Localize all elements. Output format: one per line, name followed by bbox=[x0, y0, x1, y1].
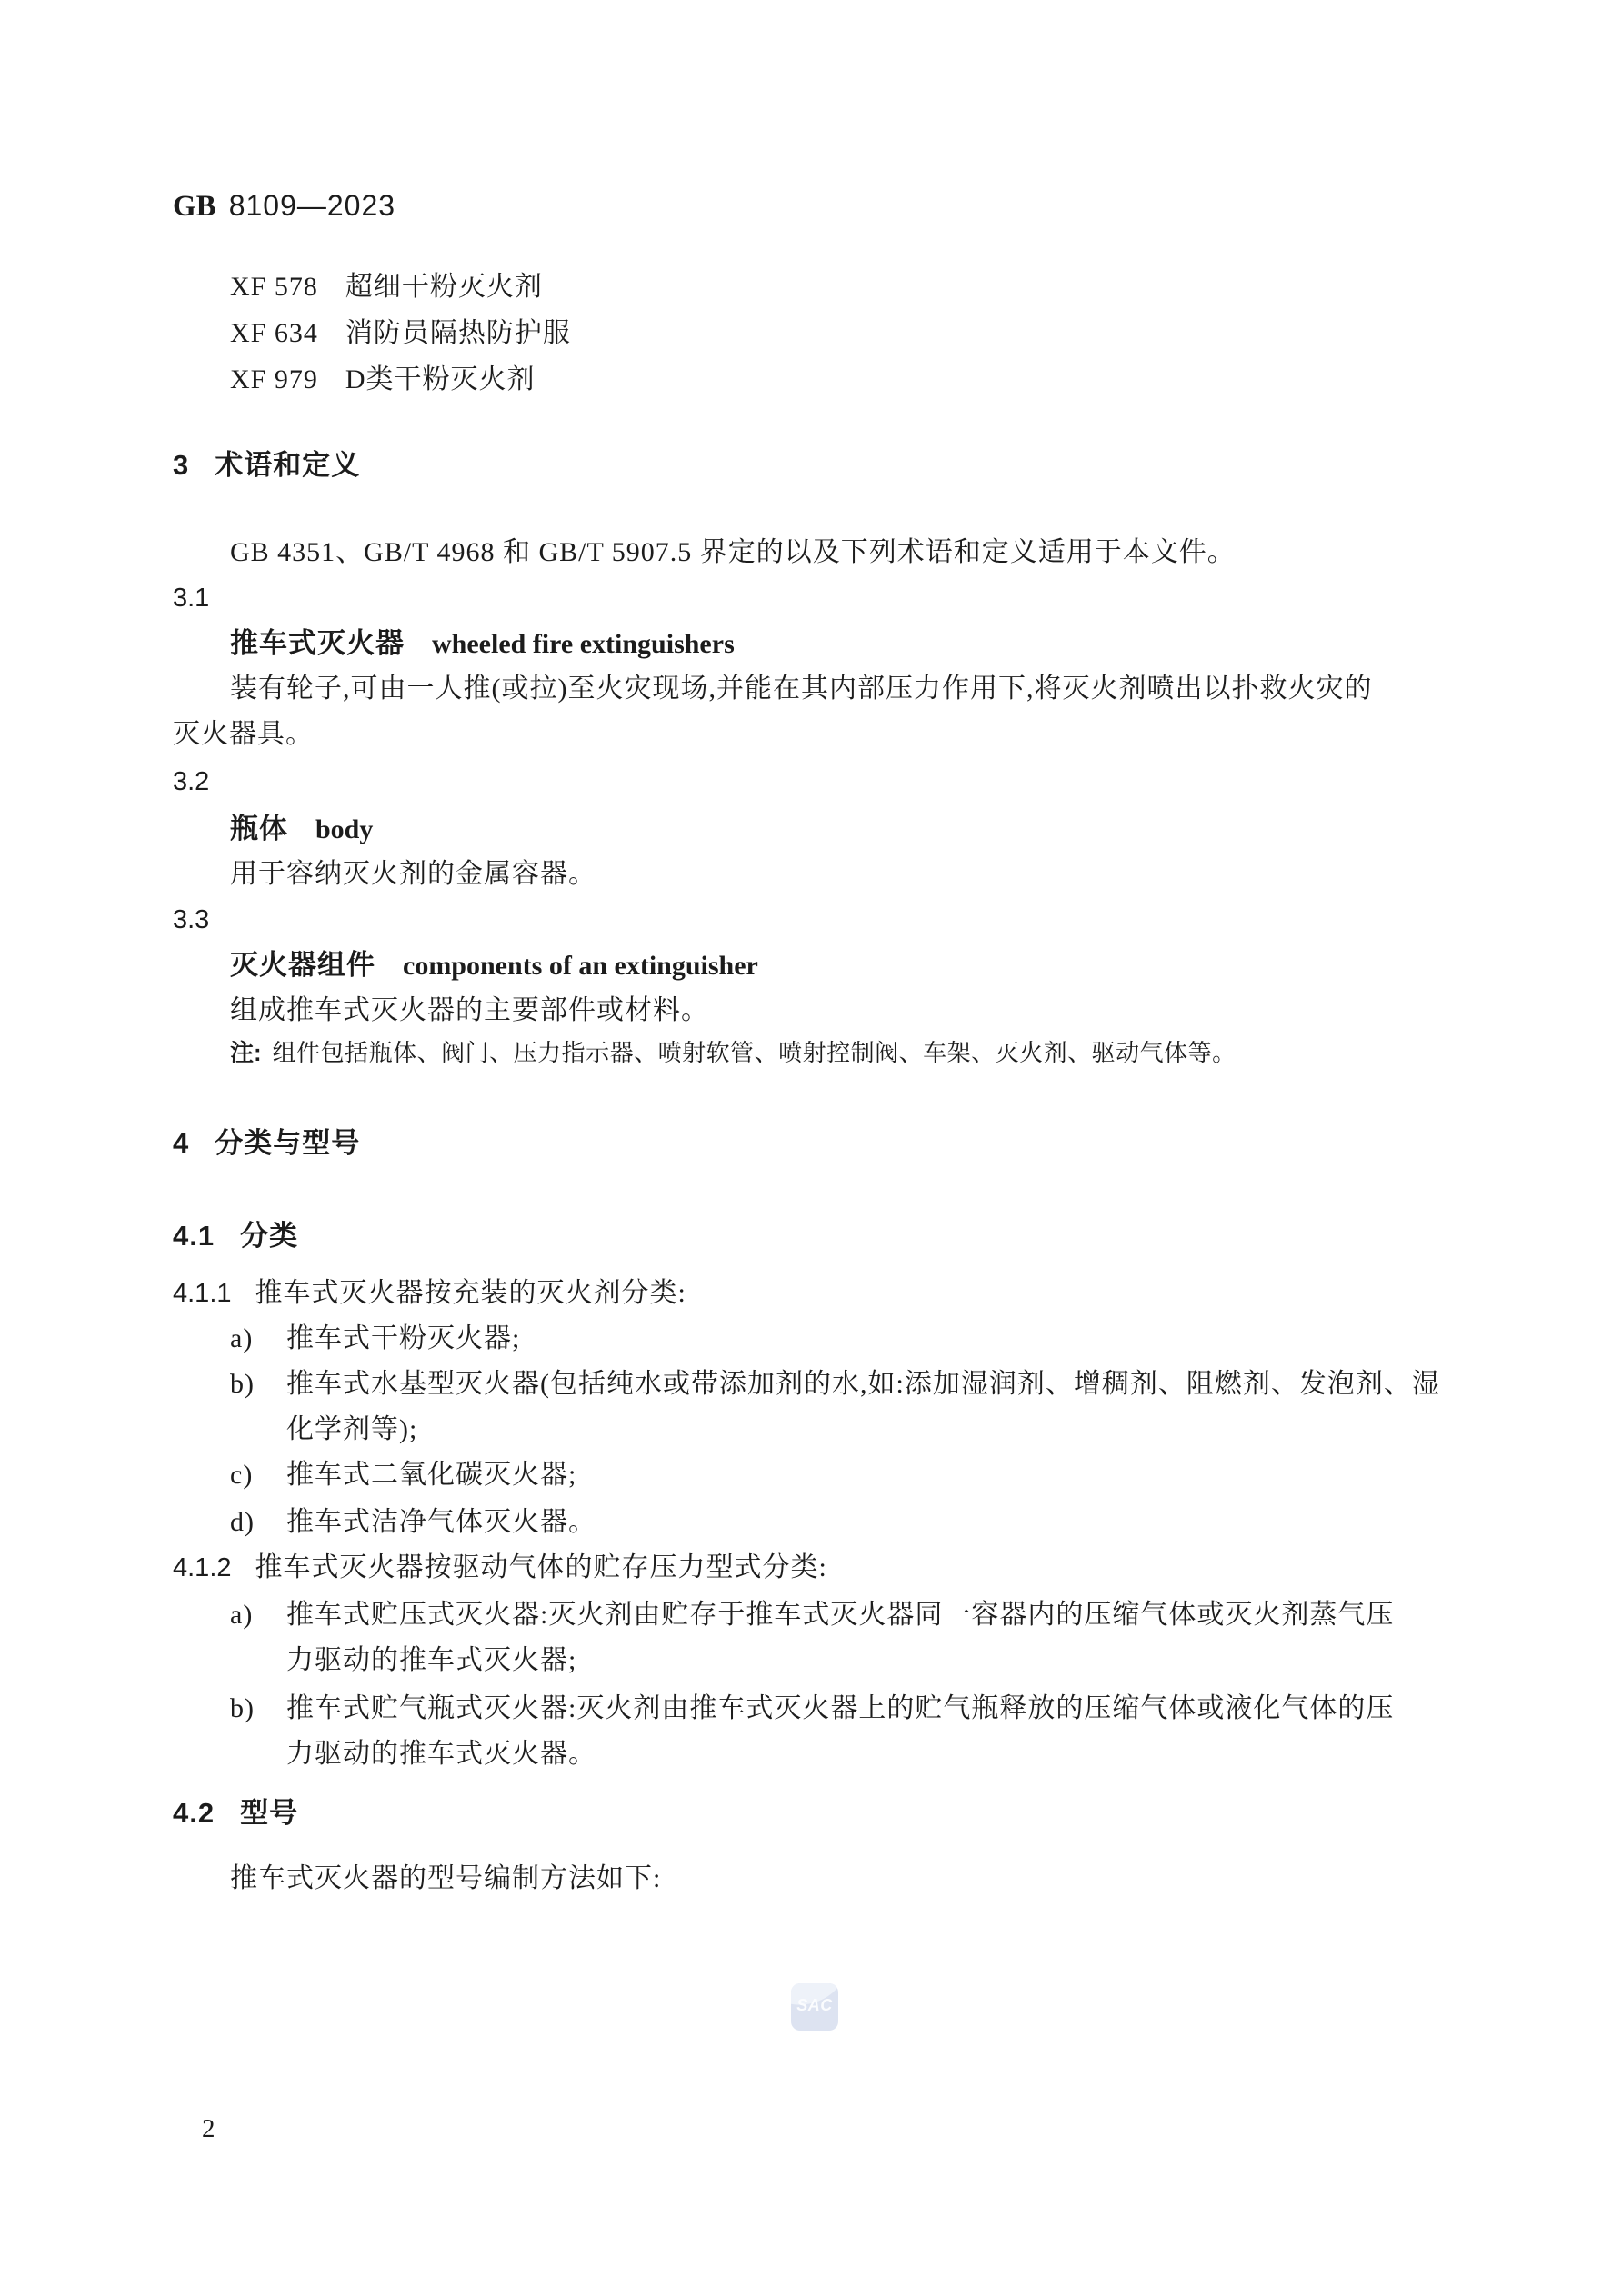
reference-code: XF 979 bbox=[230, 356, 318, 403]
reference-code: XF 634 bbox=[230, 310, 318, 356]
term-3-3-definition: 组成推车式灭火器的主要部件或材料。 bbox=[230, 988, 709, 1033]
list-item-label: c) bbox=[230, 1452, 286, 1498]
sac-watermark-text: SAC bbox=[791, 1996, 838, 2015]
list-item-b: b) 推车式水基型灭火器(包括纯水或带添加剂的水,如:添加湿润剂、增稠剂、阻燃剂… bbox=[230, 1362, 1440, 1452]
section-4-2-paragraph: 推车式灭火器的型号编制方法如下: bbox=[230, 1856, 661, 1902]
list-item-a: a) 推车式贮压式灭火器:灭火剂由贮存于推车式灭火器同一容器内的压缩气体或灭火剂… bbox=[230, 1592, 1394, 1683]
term-3-2-definition: 用于容纳灭火剂的金属容器。 bbox=[230, 852, 596, 897]
term-3-3-zh: 灭火器组件 bbox=[230, 943, 375, 988]
clause-4-1-1: 4.1.1 推车式灭火器按充装的灭火剂分类: bbox=[173, 1271, 686, 1316]
clause-4-1-2-text: 推车式灭火器按驱动气体的贮存压力型式分类: bbox=[255, 1545, 827, 1591]
section-3-heading: 3 术语和定义 bbox=[173, 443, 360, 488]
list-item-text: 推车式洁净气体灭火器。 bbox=[286, 1507, 596, 1537]
list-item-a: a) 推车式干粉灭火器; bbox=[230, 1316, 520, 1362]
section-4-2-number: 4.2 bbox=[173, 1791, 215, 1836]
clause-4-1-2: 4.1.2 推车式灭火器按驱动气体的贮存压力型式分类: bbox=[173, 1545, 827, 1591]
clause-4-1-1-number: 4.1.1 bbox=[173, 1271, 232, 1316]
list-item-d: d) 推车式洁净气体灭火器。 bbox=[230, 1500, 596, 1545]
term-3-2-zh: 瓶体 bbox=[230, 806, 288, 852]
reference-row: XF 634 消防员隔热防护服 bbox=[230, 310, 571, 356]
list-item-text: 推车式贮气瓶式灭火器:灭火剂由推车式灭火器上的贮气瓶释放的压缩气体或液化气体的压 bbox=[286, 1686, 1394, 1732]
term-3-1-en: wheeled fire extinguishers bbox=[432, 622, 735, 667]
note-label: 注: bbox=[230, 1036, 262, 1069]
list-item-text: 推车式水基型灭火器(包括纯水或带添加剂的水,如:添加湿润剂、增稠剂、阻燃剂、发泡… bbox=[286, 1362, 1440, 1407]
list-item-text: 化学剂等); bbox=[286, 1407, 1440, 1452]
reference-code: XF 578 bbox=[230, 264, 318, 310]
reference-title: 超细干粉灭火剂 bbox=[345, 264, 543, 310]
header-standard-number: 8109—2023 bbox=[229, 189, 395, 223]
list-item-text: 力驱动的推车式灭火器。 bbox=[286, 1732, 1394, 1777]
term-3-2-number: 3.2 bbox=[173, 759, 209, 804]
term-3-1-number: 3.1 bbox=[173, 575, 209, 621]
header-gb-label: GB bbox=[173, 190, 216, 224]
list-item-label: b) bbox=[230, 1362, 286, 1407]
term-3-2-heading: 瓶体 body bbox=[230, 806, 373, 853]
term-3-3-en: components of an extinguisher bbox=[403, 943, 758, 989]
list-item-text: 推车式干粉灭火器; bbox=[286, 1323, 520, 1353]
section-4-2-title: 型号 bbox=[240, 1791, 298, 1836]
list-item-b: b) 推车式贮气瓶式灭火器:灭火剂由推车式灭火器上的贮气瓶释放的压缩气体或液化气… bbox=[230, 1686, 1394, 1777]
list-item-c: c) 推车式二氧化碳灭火器; bbox=[230, 1452, 576, 1498]
clause-4-1-1-text: 推车式灭火器按充装的灭火剂分类: bbox=[255, 1271, 686, 1316]
section-4-1-title: 分类 bbox=[240, 1213, 298, 1259]
section-4-2-heading: 4.2 型号 bbox=[173, 1791, 298, 1836]
section-3-number: 3 bbox=[173, 443, 189, 488]
section-4-1-number: 4.1 bbox=[173, 1213, 215, 1259]
list-item-label: d) bbox=[230, 1500, 286, 1545]
section-3-intro: GB 4351、GB/T 4968 和 GB/T 5907.5 界定的以及下列术… bbox=[230, 530, 1236, 575]
section-4-1-heading: 4.1 分类 bbox=[173, 1213, 298, 1259]
list-item-label: a) bbox=[230, 1316, 286, 1362]
section-4-heading: 4 分类与型号 bbox=[173, 1121, 360, 1166]
list-item-text: 推车式二氧化碳灭火器; bbox=[286, 1460, 576, 1490]
definition-line: 灭火器具。 bbox=[173, 712, 1372, 757]
list-item-text: 推车式贮压式灭火器:灭火剂由贮存于推车式灭火器同一容器内的压缩气体或灭火剂蒸气压 bbox=[286, 1592, 1394, 1638]
reference-title: 消防员隔热防护服 bbox=[345, 310, 571, 356]
list-item-text: 力驱动的推车式灭火器; bbox=[286, 1638, 1394, 1683]
clause-4-1-2-number: 4.1.2 bbox=[173, 1545, 232, 1591]
term-3-3-note: 注: 组件包括瓶体、阀门、压力指示器、喷射软管、喷射控制阀、车架、灭火剂、驱动气… bbox=[230, 1036, 1237, 1070]
term-3-3-number: 3.3 bbox=[173, 897, 209, 943]
document-page: GB 8109—2023 XF 578 超细干粉灭火剂 XF 634 消防员隔热… bbox=[0, 0, 1622, 2296]
normative-references: XF 578 超细干粉灭火剂 XF 634 消防员隔热防护服 XF 979 D类… bbox=[230, 264, 571, 403]
section-4-title: 分类与型号 bbox=[215, 1121, 360, 1166]
list-item-label: a) bbox=[230, 1592, 286, 1638]
definition-line: 装有轮子,可由一人推(或拉)至火灾现场,并能在其内部压力作用下,将灭火剂喷出以扑… bbox=[230, 666, 1372, 712]
list-item-label: b) bbox=[230, 1686, 286, 1732]
section-4-number: 4 bbox=[173, 1121, 189, 1166]
term-3-1-heading: 推车式灭火器 wheeled fire extinguishers bbox=[230, 621, 735, 667]
reference-title: D类干粉灭火剂 bbox=[345, 356, 536, 403]
page-number: 2 bbox=[202, 2111, 215, 2147]
term-3-1-definition: 装有轮子,可由一人推(或拉)至火灾现场,并能在其内部压力作用下,将灭火剂喷出以扑… bbox=[173, 666, 1372, 757]
page-header: GB 8109—2023 bbox=[173, 189, 395, 224]
note-text: 组件包括瓶体、阀门、压力指示器、喷射软管、喷射控制阀、车架、灭火剂、驱动气体等。 bbox=[273, 1037, 1237, 1070]
term-3-3-heading: 灭火器组件 components of an extinguisher bbox=[230, 943, 758, 989]
sac-watermark: SAC bbox=[791, 1983, 838, 2031]
reference-row: XF 979 D类干粉灭火剂 bbox=[230, 356, 571, 403]
reference-row: XF 578 超细干粉灭火剂 bbox=[230, 264, 571, 310]
term-3-1-zh: 推车式灭火器 bbox=[230, 621, 405, 666]
section-3-title: 术语和定义 bbox=[215, 443, 360, 488]
term-3-2-en: body bbox=[315, 807, 373, 853]
